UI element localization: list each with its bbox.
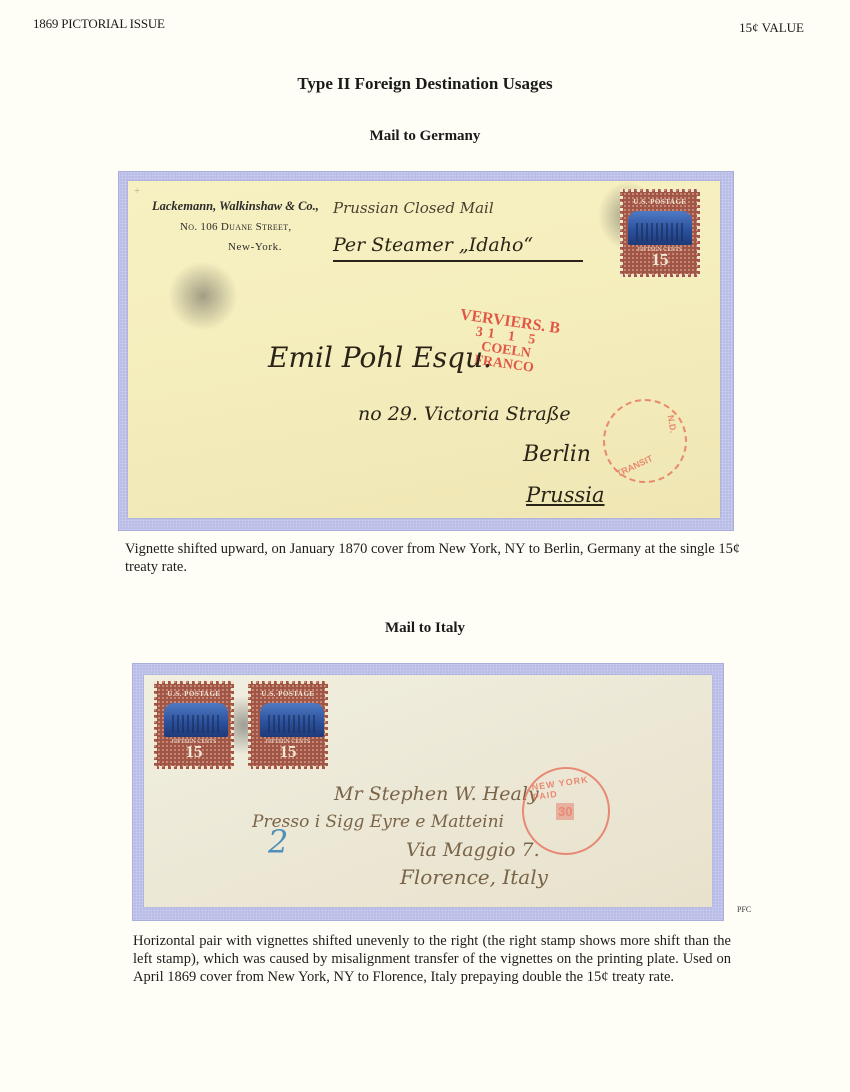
cover-italy: U.S. POSTAGE FIFTEEN CENTS 15 U.S. POSTA… (144, 675, 712, 907)
postmark-line: 30 (556, 803, 574, 820)
stamp-top-label: U.S. POSTAGE (157, 690, 231, 698)
page-header-issue: 1869 PICTORIAL ISSUE (33, 16, 165, 32)
corner-cross-mark: + (134, 185, 140, 197)
new-york-paid-postmark: NEW YORK PAID 30 (522, 767, 610, 855)
address-city: Florence, Italy (400, 865, 548, 889)
stamp-15c: U.S. POSTAGE FIFTEEN CENTS 15 (620, 189, 700, 277)
address-city: Berlin (523, 442, 591, 467)
page-header-value: 15¢ VALUE (739, 20, 804, 36)
address-name: Mr Stephen W. Healy (334, 783, 539, 805)
address-street: Via Maggio 7. (406, 839, 540, 861)
address-care-of: Presso i Sigg Eyre e Matteini (252, 812, 504, 832)
faint-backstamp (168, 261, 238, 331)
stamp-vignette (164, 703, 228, 737)
stamp-vignette (628, 211, 692, 245)
cover-mount-germany: + Lackemann, Walkinshaw & Co., No. 106 D… (118, 171, 734, 531)
stamp-top-label: U.S. POSTAGE (623, 198, 697, 206)
stamp-value: 15 (251, 742, 325, 762)
page-title: Type II Foreign Destination Usages (0, 74, 850, 94)
routing-endorsement-2: Per Steamer „Idaho“ (333, 234, 533, 256)
section-title-italy: Mail to Italy (0, 620, 850, 637)
stamp-vignette (260, 703, 324, 737)
routing-endorsement-1: Prussian Closed Mail (333, 199, 494, 217)
cover-germany: + Lackemann, Walkinshaw & Co., No. 106 D… (128, 181, 720, 518)
postmark-line: TRANSIT (615, 453, 655, 479)
stamp-15c-right: U.S. POSTAGE FIFTEEN CENTS 15 (248, 681, 328, 769)
stamp-value: 15 (157, 742, 231, 762)
printed-city: New-York. (228, 241, 282, 253)
printed-firm-name: Lackemann, Walkinshaw & Co., (152, 199, 319, 214)
pfc-certificate-note: PFC (737, 905, 751, 914)
address-name: Emil Pohl Esqu. (268, 341, 492, 374)
stamp-top-label: U.S. POSTAGE (251, 690, 325, 698)
printed-street: No. 106 Duane Street, (180, 221, 291, 233)
caption-italy: Horizontal pair with vignettes shifted u… (133, 932, 731, 986)
stamp-15c-left: U.S. POSTAGE FIFTEEN CENTS 15 (154, 681, 234, 769)
transit-postmark: TRANSIT N.D. (603, 399, 687, 483)
section-title-germany: Mail to Germany (0, 128, 850, 145)
stamp-value: 15 (623, 250, 697, 270)
address-country: Prussia (526, 483, 604, 507)
postmark-line: NEW YORK PAID (531, 772, 609, 802)
routing-underline (333, 260, 583, 262)
blue-crayon-marking: 2 (268, 823, 288, 861)
postmark-line: N.D. (666, 414, 679, 433)
caption-germany: Vignette shifted upward, on January 1870… (125, 540, 745, 576)
address-street: no 29. Victoria Straße (358, 403, 571, 425)
cover-mount-italy: U.S. POSTAGE FIFTEEN CENTS 15 U.S. POSTA… (132, 663, 724, 921)
